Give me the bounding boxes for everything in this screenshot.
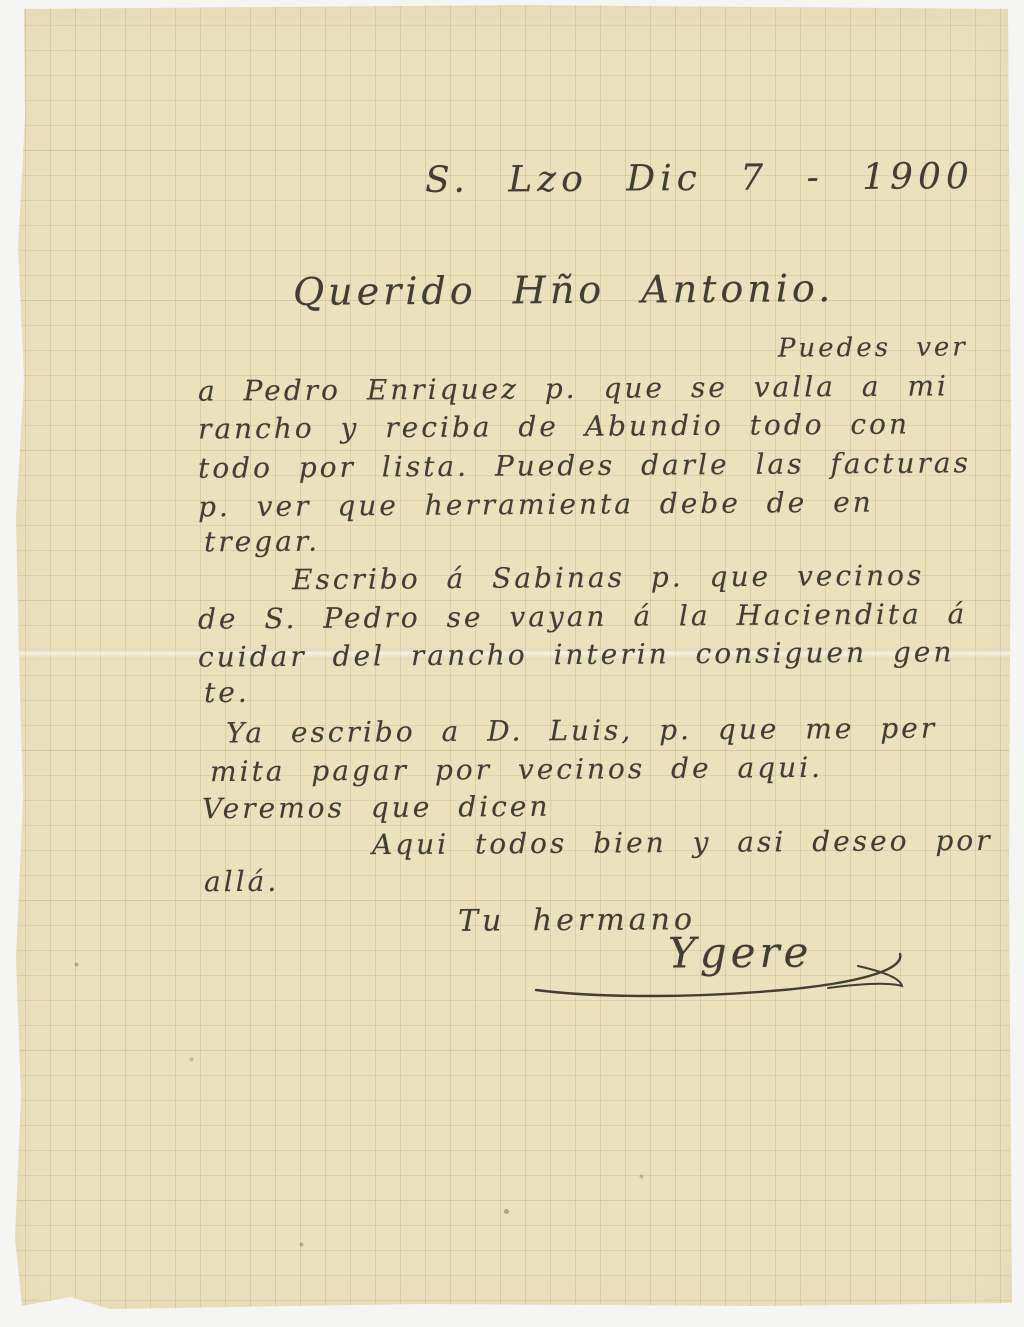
letter-line-11: mita pagar por vecinos de aqui.	[210, 751, 823, 788]
paper-specks	[0, 0, 3, 3]
letter-line-3: todo por lista. Puedes darle las factura…	[198, 446, 971, 484]
letter-line-9: te.	[204, 676, 250, 709]
letter-line-6: Escribo á Sabinas p. que vecinos	[292, 559, 925, 596]
letter-line-1: a Pedro Enriquez p. que se valla a mi	[198, 369, 949, 407]
signature-flourish	[528, 948, 918, 1008]
opening-line: Puedes ver	[778, 332, 968, 363]
letter-line-2: rancho y reciba de Abundio todo con	[198, 408, 910, 446]
letter-line-8: cuidar del rancho interin consiguen gen	[198, 635, 955, 673]
letter-line-7: de S. Pedro se vayan á la Haciendita á	[198, 597, 968, 635]
letter-line-10: Ya escribo a D. Luis, p. que me per	[226, 712, 937, 750]
letter-line-13: Aqui todos bien y asi deseo por	[372, 824, 993, 861]
scan-background: { "colors": { "scan_background": "#f5f5f…	[0, 0, 1024, 1327]
letter-line-4: p. ver que herramienta debe de en	[198, 486, 874, 524]
letter-line-5: tregar.	[204, 525, 320, 559]
closing-line: Tu hermano	[458, 902, 696, 939]
letter-line-14: allá.	[204, 865, 279, 899]
letter-line-12: Veremos que dicen	[202, 790, 551, 825]
date-line: S. Lzo Dic 7 - 1900	[425, 156, 974, 201]
letter-paper: S. Lzo Dic 7 - 1900 Querido Hño Antonio.…	[0, 0, 1024, 1327]
salutation-line: Querido Hño Antonio.	[293, 266, 835, 314]
